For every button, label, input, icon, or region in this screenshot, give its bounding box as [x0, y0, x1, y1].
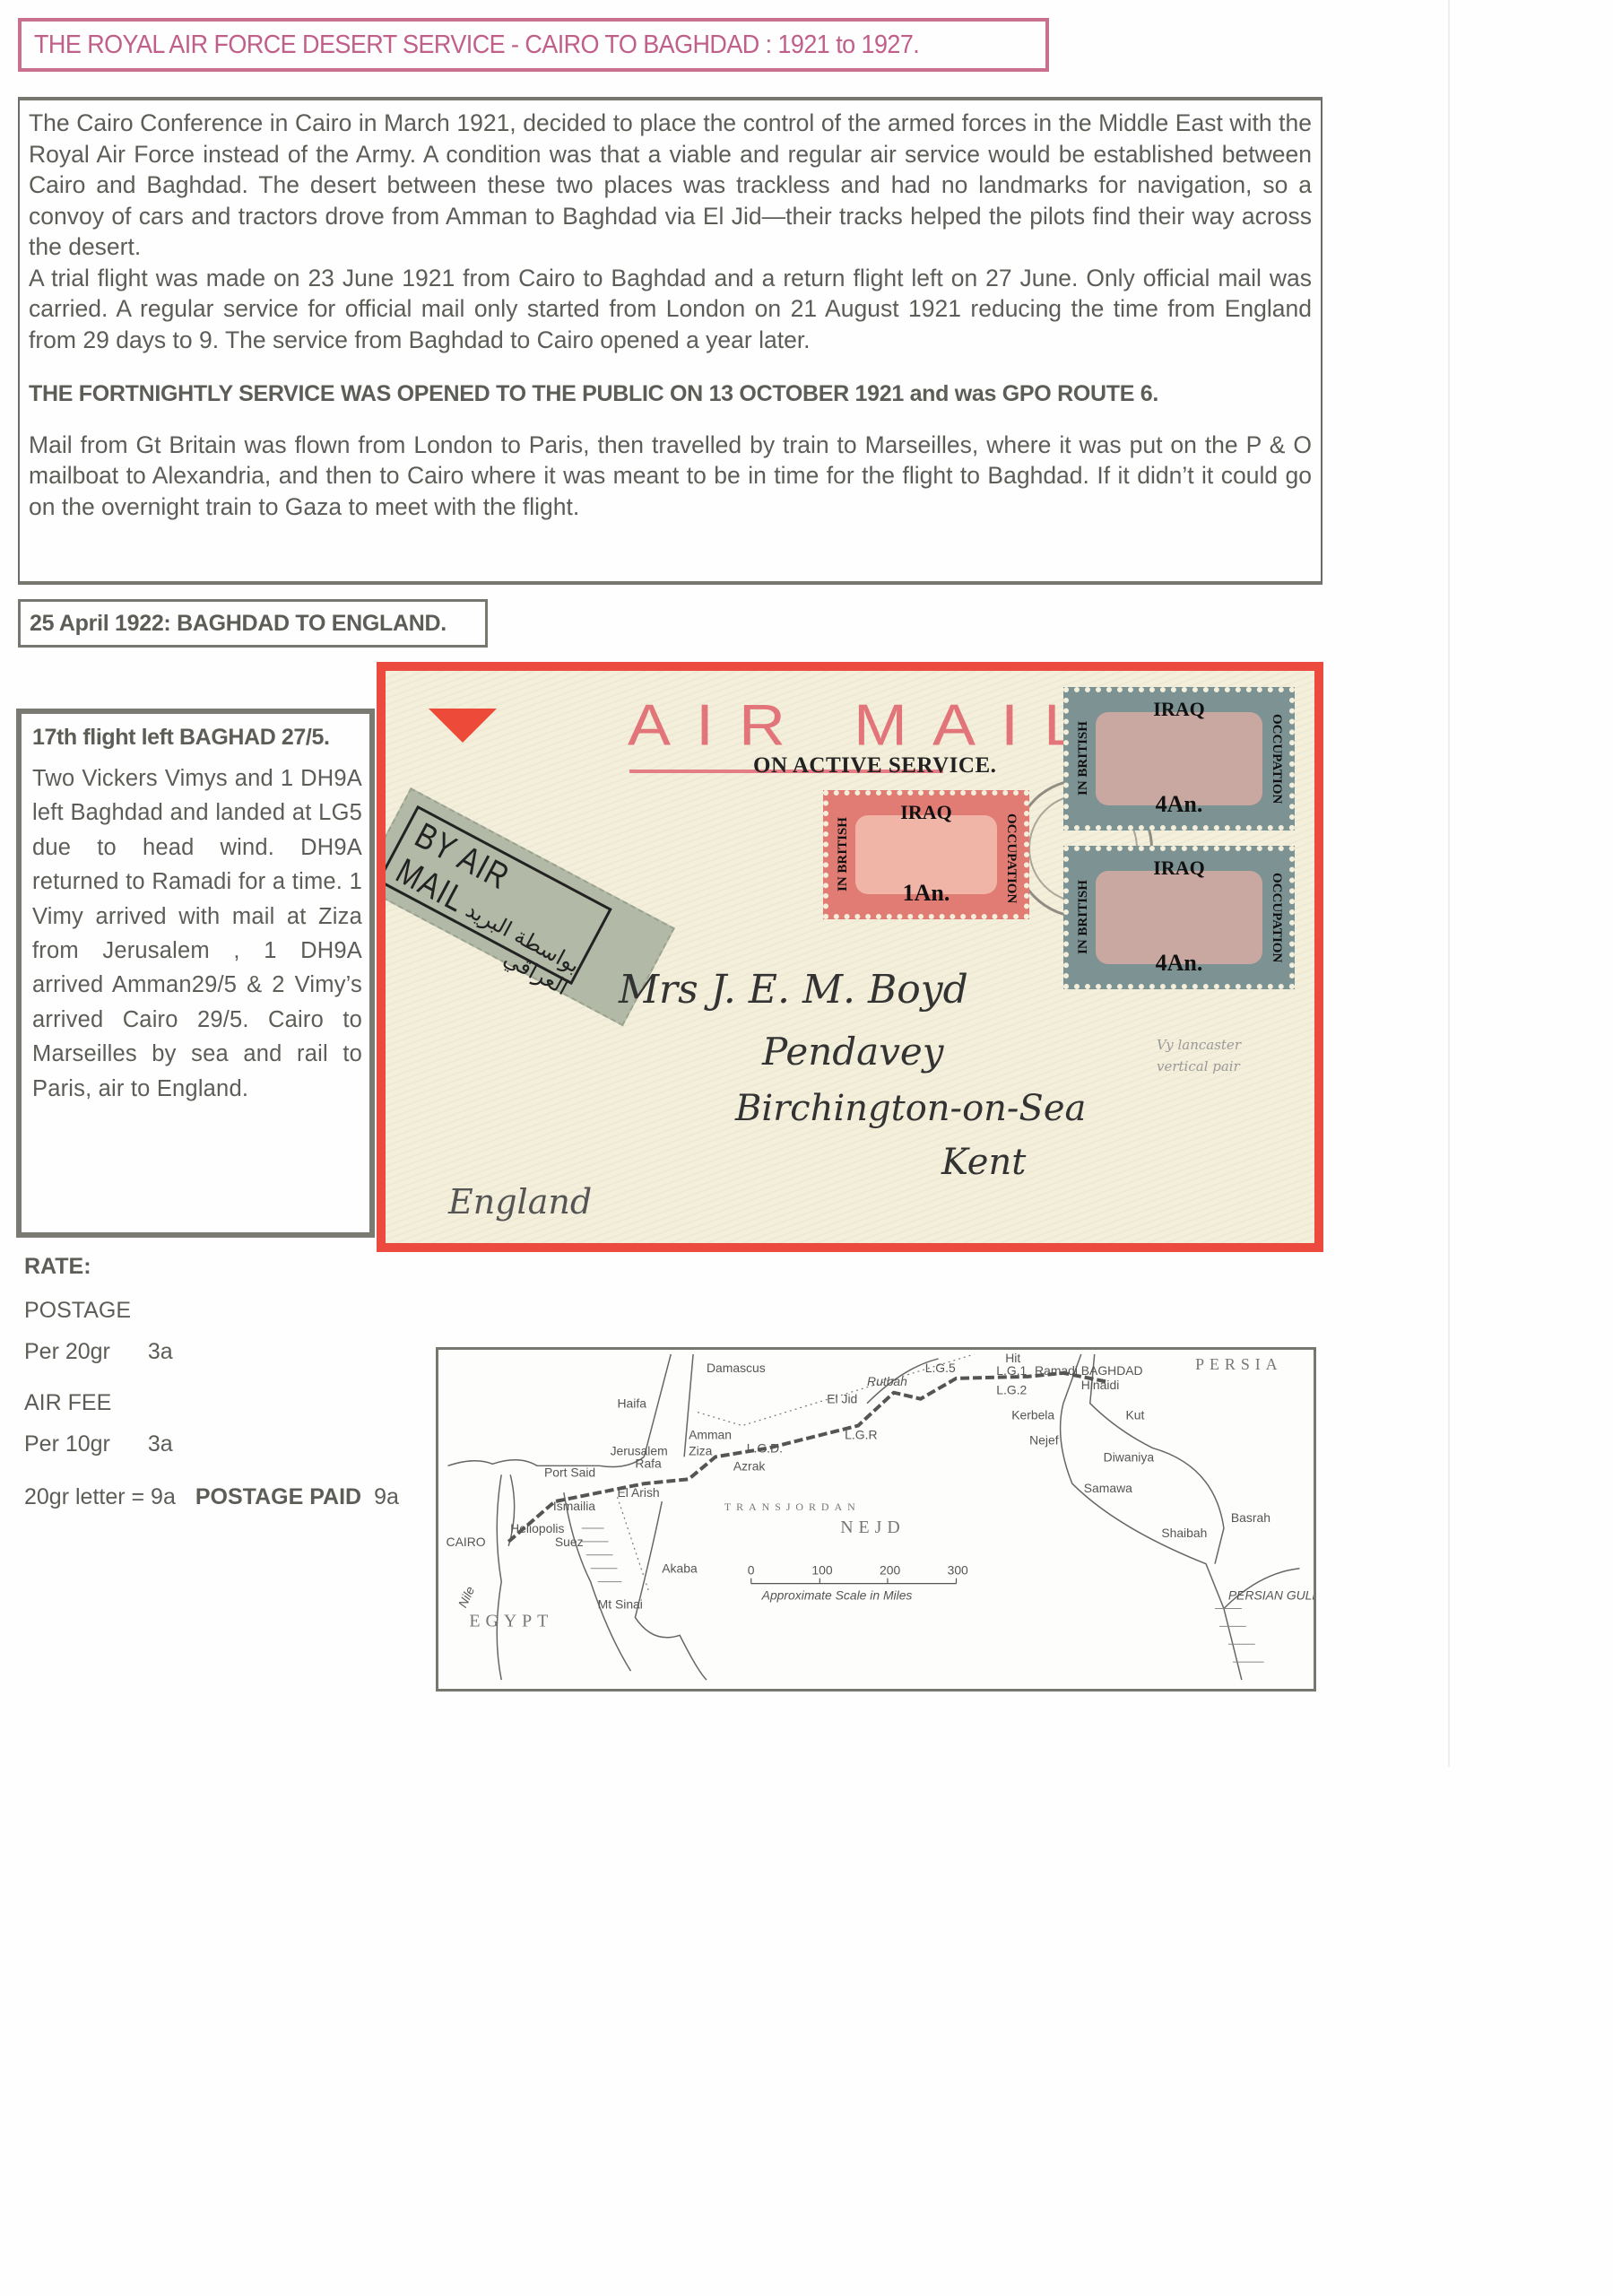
svg-text:0: 0	[748, 1563, 755, 1578]
svg-text:Ramadi: Ramadi	[1035, 1363, 1078, 1378]
svg-text:Rafa: Rafa	[635, 1456, 662, 1470]
stamp-1an: IRAQ IN BRITISH OCCUPATION 1An.	[823, 790, 1029, 919]
svg-text:Amman: Amman	[689, 1427, 732, 1441]
intro-paragraph-3: Mail from Gt Britain was flown from Lond…	[29, 430, 1312, 523]
route-map: PERSIA EGYPT NEJD TRANSJORDAN PERSIAN GU…	[436, 1347, 1316, 1692]
intro-paragraph-1: The Cairo Conference in Cairo in March 1…	[29, 108, 1312, 263]
flight-note-box: 17th flight left BAGHAD 27/5. Two Vicker…	[16, 709, 375, 1238]
svg-text:Akaba: Akaba	[662, 1561, 698, 1576]
svg-text:Ziza: Ziza	[689, 1443, 713, 1457]
svg-text:Port Said: Port Said	[544, 1465, 595, 1479]
svg-text:100: 100	[811, 1563, 832, 1578]
rate-airfee-line: Per 10gr3a	[24, 1431, 173, 1457]
page-title: THE ROYAL AIR FORCE DESERT SERVICE - CAI…	[34, 30, 919, 60]
svg-text:CAIRO: CAIRO	[447, 1535, 486, 1549]
svg-text:L.G.R: L.G.R	[845, 1427, 877, 1441]
section-heading-box: 25 April 1922: BAGHDAD TO ENGLAND.	[18, 599, 488, 648]
svg-text:Rutbah: Rutbah	[867, 1374, 907, 1388]
svg-text:300: 300	[948, 1563, 968, 1578]
flight-note-body: Two Vickers Vimys and 1 DH9A left Baghda…	[32, 761, 362, 1106]
svg-text:PERSIAN GULF: PERSIAN GULF	[1228, 1588, 1314, 1603]
red-triangle-mark	[429, 709, 497, 743]
address-line-1: Mrs J. E. M. Boyd	[619, 967, 968, 1013]
svg-text:EGYPT: EGYPT	[469, 1611, 553, 1631]
on-active-service-handstamp: ON ACTIVE SERVICE.	[753, 753, 996, 778]
svg-text:Heliopolis: Heliopolis	[510, 1521, 564, 1535]
address-line-4: Kent	[941, 1142, 1026, 1183]
svg-text:Nile: Nile	[455, 1584, 478, 1610]
stamp-4an-lower: IRAQ IN BRITISH OCCUPATION 4An.	[1063, 846, 1295, 989]
svg-text:Mt Sinai: Mt Sinai	[598, 1596, 643, 1611]
svg-text:Approximate Scale in Miles: Approximate Scale in Miles	[761, 1588, 913, 1603]
rate-heading: RATE:	[24, 1254, 91, 1280]
intro-text-box: The Cairo Conference in Cairo in March 1…	[18, 97, 1322, 585]
stamp-4an-upper: IRAQ IN BRITISH OCCUPATION 4An.	[1063, 687, 1295, 831]
svg-text:El Arish: El Arish	[618, 1485, 660, 1500]
section-heading: 25 April 1922: BAGHDAD TO ENGLAND.	[30, 611, 447, 637]
svg-text:Haifa: Haifa	[618, 1396, 647, 1411]
address-line-2: Pendavey	[762, 1030, 944, 1074]
route-map-drawing: PERSIA EGYPT NEJD TRANSJORDAN PERSIAN GU…	[438, 1350, 1314, 1689]
svg-text:Azrak: Azrak	[733, 1458, 766, 1473]
rate-postage-label: POSTAGE	[24, 1298, 131, 1324]
svg-text:Kut: Kut	[1126, 1408, 1145, 1422]
cover-frame: BY AIR MAIL بواسطة البريد العراقي AIR MA…	[377, 662, 1323, 1252]
svg-text:Nejef: Nejef	[1029, 1432, 1059, 1447]
svg-text:Shaibah: Shaibah	[1161, 1526, 1207, 1540]
svg-text:TRANSJORDAN: TRANSJORDAN	[724, 1500, 861, 1513]
svg-text:Suez: Suez	[555, 1535, 584, 1549]
flight-note-heading: 17th flight left BAGHAD 27/5.	[32, 725, 362, 751]
svg-text:Ismailia: Ismailia	[553, 1499, 595, 1513]
page-fold-line	[1448, 0, 1450, 1767]
svg-text:PERSIA: PERSIA	[1195, 1355, 1282, 1373]
svg-text:Diwaniya: Diwaniya	[1104, 1449, 1155, 1464]
address-line-3: Birchington-on-Sea	[735, 1088, 1086, 1129]
svg-text:L.G.5: L.G.5	[925, 1361, 956, 1375]
page-title-box: THE ROYAL AIR FORCE DESERT SERVICE - CAI…	[18, 18, 1049, 72]
intro-paragraph-2: A trial flight was made on 23 June 1921 …	[29, 263, 1312, 356]
rate-airfee-label: AIR FEE	[24, 1390, 111, 1416]
intro-bold-statement: THE FORTNIGHTLY SERVICE WAS OPENED TO TH…	[29, 378, 1312, 410]
svg-text:Hinaidi: Hinaidi	[1081, 1378, 1120, 1392]
svg-text:Kerbela: Kerbela	[1011, 1408, 1054, 1422]
svg-text:NEJD: NEJD	[840, 1518, 905, 1537]
pencil-note: Vy lancaster vertical pair	[1157, 1034, 1255, 1077]
svg-text:Damascus: Damascus	[707, 1361, 766, 1375]
svg-text:L.G.1: L.G.1	[996, 1363, 1027, 1378]
address-country: England	[448, 1182, 592, 1222]
svg-text:200: 200	[880, 1563, 900, 1578]
svg-text:L.G.D.: L.G.D.	[747, 1440, 783, 1455]
air-mail-cover: BY AIR MAIL بواسطة البريد العراقي AIR MA…	[386, 671, 1314, 1243]
manuscript-air-mail: AIR MAIL	[628, 692, 1105, 759]
svg-text:L.G.2: L.G.2	[996, 1383, 1027, 1397]
svg-text:El Jid: El Jid	[827, 1392, 857, 1406]
svg-text:Samawa: Samawa	[1084, 1481, 1132, 1495]
rate-postage-line: Per 20gr3a	[24, 1339, 173, 1365]
svg-text:Basrah: Basrah	[1231, 1510, 1270, 1525]
rate-total-line: 20gr letter = 9aPOSTAGE PAID9a	[24, 1484, 399, 1510]
svg-text:BAGHDAD: BAGHDAD	[1081, 1363, 1143, 1378]
